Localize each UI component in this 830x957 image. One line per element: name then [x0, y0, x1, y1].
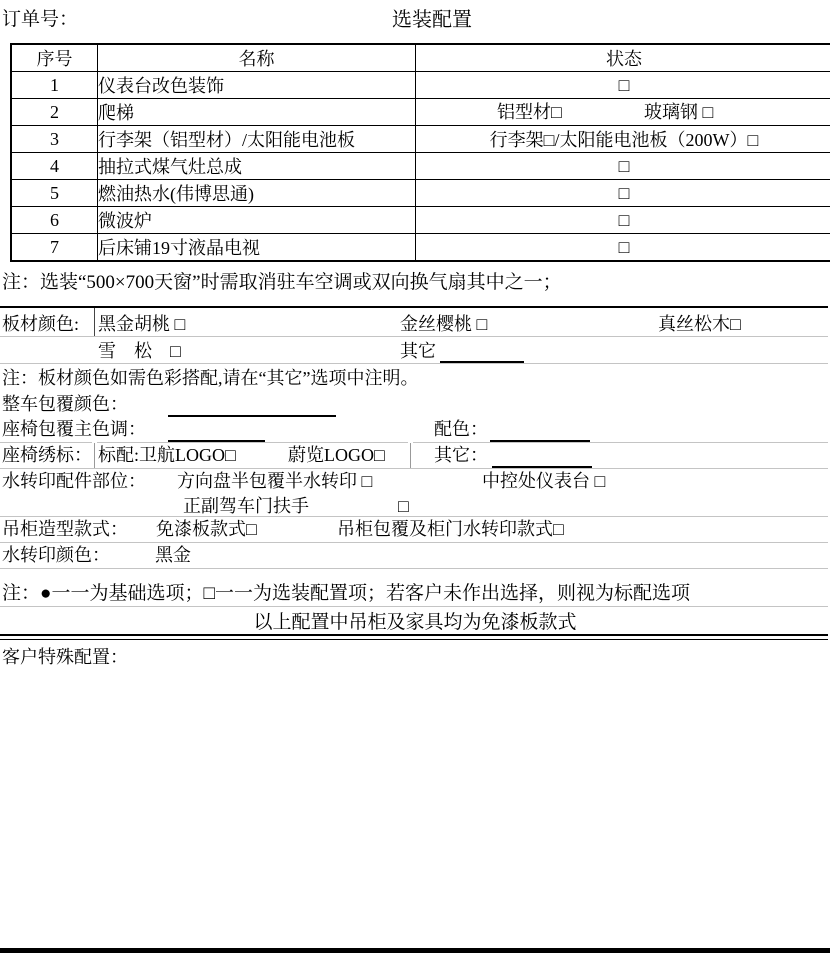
status-checkbox[interactable]: □: [416, 234, 830, 262]
cell-divider: [94, 443, 95, 468]
status-checkbox[interactable]: □: [416, 207, 830, 234]
row-no: 1: [11, 72, 98, 99]
vehicle-wrap-color-label: 整车包覆颜色：: [2, 392, 128, 417]
row-no: 7: [11, 234, 98, 262]
table-row: 7 后床铺19寸液晶电视 □: [11, 234, 830, 262]
seat-accent-color-blank-field[interactable]: [490, 420, 590, 442]
header-name: 名称: [98, 44, 416, 72]
row-no: 6: [11, 207, 98, 234]
panel-other-label: 其它: [400, 339, 436, 364]
order-form-page: 订单号： 选装配置 序号 名称 状态 1 仪表台改色装饰 □ 2 爬梯 铝型材□…: [0, 0, 830, 957]
cell-divider: [94, 308, 95, 336]
row-no: 4: [11, 153, 98, 180]
grid-line: [0, 363, 828, 364]
hydro-dashboard-checkbox[interactable]: 中控处仪表台 □: [482, 469, 605, 494]
seat-accent-color-label: 配色：: [434, 417, 488, 442]
note-panel-color: 注：板材颜色如需色彩搭配,请在“其它”选项中注明。: [2, 366, 418, 391]
grid-line: [0, 336, 828, 337]
row-no: 3: [11, 126, 98, 153]
cabinet-paint-free-checkbox[interactable]: 免漆板款式□: [156, 517, 257, 542]
grid-line: [0, 568, 828, 569]
table-row: 3 行李架（铝型材）/太阳能电池板 行李架□/太阳能电池板（200W）□: [11, 126, 830, 153]
hydro-steering-checkbox[interactable]: 方向盘半包覆半水转印 □: [177, 469, 372, 494]
table-row: 6 微波炉 □: [11, 207, 830, 234]
header-no: 序号: [11, 44, 98, 72]
embroidery-other-label: 其它：: [434, 443, 488, 468]
status-checkbox[interactable]: □: [416, 72, 830, 99]
seat-main-color-blank-field[interactable]: [168, 420, 265, 442]
embroidery-standard-checkbox[interactable]: 标配:卫航LOGO□: [98, 443, 236, 468]
row-no: 5: [11, 180, 98, 207]
seat-main-color-label: 座椅包覆主色调：: [2, 417, 146, 442]
special-config-label: 客户特殊配置：: [2, 645, 128, 670]
panel-option-black-walnut-checkbox[interactable]: 黑金胡桃 □: [98, 312, 185, 337]
row-name: 后床铺19寸液晶电视: [98, 234, 416, 262]
table-header-row: 序号 名称 状态: [11, 44, 830, 72]
page-title: 选装配置: [392, 7, 472, 34]
status-checkbox[interactable]: □: [416, 180, 830, 207]
cabinet-style-label: 吊柜造型款式：: [2, 517, 128, 542]
note-legend: 注：●一一为基础选项；□一一为选装配置项；若客户未作出选择，则视为标配选项: [2, 581, 690, 607]
embroidery-weilan-checkbox[interactable]: 蔚览LOGO□: [288, 443, 385, 468]
order-number-label: 订单号：: [2, 7, 78, 33]
grid-line: [0, 606, 828, 607]
section-divider: [0, 634, 828, 636]
hydro-print-parts-label: 水转印配件部位：: [2, 469, 146, 494]
row-name: 燃油热水(伟博思通): [98, 180, 416, 207]
panel-option-cedar-checkbox[interactable]: 雪 松 □: [98, 339, 181, 364]
page-bottom-rule: [0, 948, 830, 953]
row-name: 微波炉: [98, 207, 416, 234]
cell-divider: [410, 443, 411, 468]
option-aluminum-checkbox[interactable]: 铝型材□: [497, 99, 562, 125]
grid-line: [0, 542, 828, 543]
table-row: 5 燃油热水(伟博思通) □: [11, 180, 830, 207]
note-skylight: 注：选装“500×700天窗”时需取消驻车空调或双向换气扇其中之一；: [2, 270, 562, 296]
row-name: 行李架（铝型材）/太阳能电池板: [98, 126, 416, 153]
status-options: 铝型材□ 玻璃钢 □: [416, 99, 830, 126]
panel-option-silk-pine-checkbox[interactable]: 真丝松木□: [658, 312, 741, 337]
panel-color-label: 板材颜色:: [2, 312, 79, 337]
panel-other-blank-field[interactable]: [440, 341, 524, 363]
panel-option-gold-cherry-checkbox[interactable]: 金丝樱桃 □: [400, 312, 487, 337]
table-row: 4 抽拉式煤气灶总成 □: [11, 153, 830, 180]
vehicle-wrap-color-blank-field[interactable]: [168, 395, 336, 417]
cabinet-wrap-print-checkbox[interactable]: 吊柜包覆及柜门水转印款式□: [337, 517, 564, 542]
note-cabinet-paint-free: 以上配置中吊柜及家具均为免漆板款式: [0, 610, 830, 636]
section-divider: [0, 639, 828, 640]
table-row: 1 仪表台改色装饰 □: [11, 72, 830, 99]
table-row: 2 爬梯 铝型材□ 玻璃钢 □: [11, 99, 830, 126]
status-checkbox[interactable]: □: [416, 153, 830, 180]
embroidery-label: 座椅绣标：: [2, 443, 92, 468]
row-name: 抽拉式煤气灶总成: [98, 153, 416, 180]
row-name: 爬梯: [98, 99, 416, 126]
hydro-color-label: 水转印颜色：: [2, 543, 110, 568]
header-status: 状态: [416, 44, 830, 72]
option-fiberglass-checkbox[interactable]: 玻璃钢 □: [644, 99, 713, 125]
hydro-color-value: 黑金: [155, 543, 191, 568]
options-table: 序号 名称 状态 1 仪表台改色装饰 □ 2 爬梯 铝型材□ 玻璃钢 □ 3 行…: [10, 43, 830, 262]
embroidery-other-blank-field[interactable]: [492, 446, 592, 468]
row-name: 仪表台改色装饰: [98, 72, 416, 99]
row-no: 2: [11, 99, 98, 126]
section-divider: [0, 306, 828, 308]
status-options[interactable]: 行李架□/太阳能电池板（200W）□: [416, 126, 830, 153]
